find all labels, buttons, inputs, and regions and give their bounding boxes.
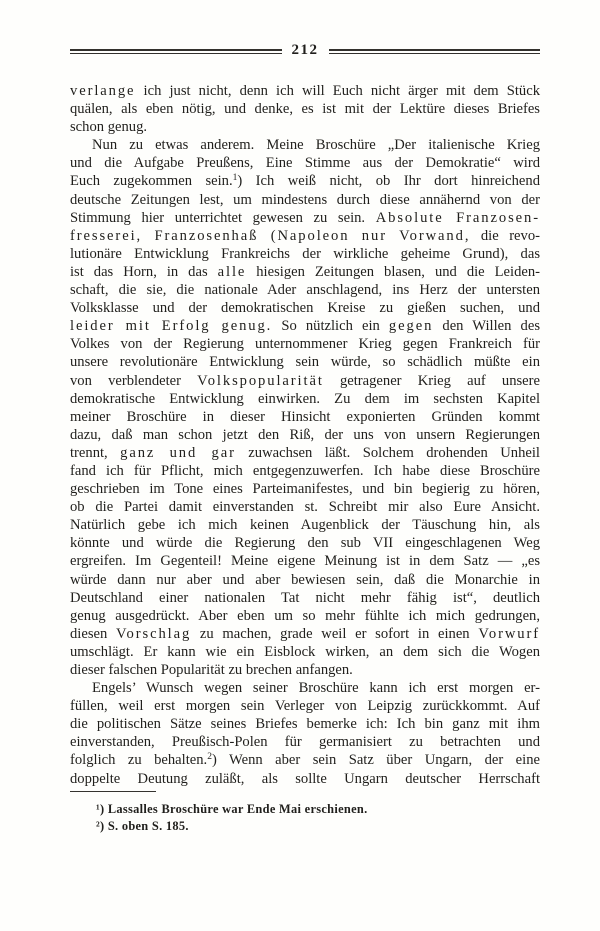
- text-segment: die politischen Sätze seines Briefes bem…: [70, 716, 540, 732]
- text-segment: Euch zugekommen sein.1) Ich weiß nicht, …: [70, 173, 540, 189]
- letterspaced-emphasis: leider mit Erfolg genug.: [70, 318, 272, 334]
- text-segment: zuwachsen läßt. Solchem drohenden Unheil: [236, 445, 540, 461]
- text-segment: lutionäre Entwicklung Frankreichs der wi…: [70, 246, 540, 262]
- letterspaced-emphasis: ganz und gar: [120, 445, 236, 461]
- text-line: umschlägt. Er kann wie ein Eisblock wirk…: [70, 643, 540, 661]
- text-segment: folglich zu behalten.2) Wenn aber sein S…: [70, 752, 540, 768]
- text-line: dazu, daß man schon jetzt den Riß, der u…: [70, 426, 540, 444]
- text-segment: genug ausgedrückt. Aber eben um so mehr …: [70, 608, 540, 624]
- text-line: ergreifen. Im Gegenteil! Meine eigene Me…: [70, 552, 540, 570]
- text-line: und die Aufgabe Preußens, Eine Stimme au…: [70, 154, 540, 172]
- text-line: fresserei, Franzosenhaß (Napoleon nur Vo…: [70, 227, 540, 245]
- letterspaced-emphasis: verlange: [70, 83, 135, 99]
- text-line: schaft, die sie, die nationale Ader ansc…: [70, 281, 540, 299]
- text-line: geschrieben im Tone eines Parteimanifest…: [70, 480, 540, 498]
- text-segment: Volkes von der Regierung unternommener K…: [70, 336, 540, 352]
- text-line: deutsche Zeitungen lest, um mindestens d…: [70, 191, 540, 209]
- text-segment: ob die Partei damit einverstanden st. Sc…: [70, 499, 540, 515]
- text-segment: und die Aufgabe Preußens, Eine Stimme au…: [70, 155, 540, 171]
- text-line: ist das Horn, in das alle hiesigen Zeitu…: [70, 263, 540, 281]
- text-segment: würde dann nur aber und aber bewiesen se…: [70, 572, 540, 588]
- text-segment: dazu, daß man schon jetzt den Riß, der u…: [70, 427, 540, 443]
- footnote-rule: [70, 791, 156, 792]
- running-head: 212: [70, 44, 540, 59]
- text-segment: ich just nicht, denn ich will Euch nicht…: [135, 83, 540, 99]
- text-line: lutionäre Entwicklung Frankreichs der wi…: [70, 245, 540, 263]
- text-segment: Stimmung hier unterrichtet gewesen zu se…: [70, 210, 376, 226]
- text-line: genug ausgedrückt. Aber eben um so mehr …: [70, 607, 540, 625]
- text-segment: fand ich für Pflicht, mich entgegenzuwer…: [70, 463, 540, 479]
- footnote-block: ¹) Lassalles Broschüre war Ende Mai ersc…: [70, 791, 540, 835]
- text-segment: hiesigen Zeitungen blasen, und die Leide…: [246, 264, 540, 280]
- text-line: dieser falschen Popularität zu brechen a…: [70, 661, 540, 679]
- text-line: Volkes von der Regierung unternommener K…: [70, 335, 540, 353]
- text-segment: Nun zu etwas anderem. Meine Broschüre „D…: [92, 137, 540, 153]
- page-number: 212: [282, 43, 329, 58]
- text-line: füllen, weil erst morgen sein Verleger v…: [70, 697, 540, 715]
- footnote-1: ¹) Lassalles Broschüre war Ende Mai ersc…: [70, 801, 540, 818]
- text-line: quälen, als eben nötig, und denke, es is…: [70, 100, 540, 118]
- letterspaced-emphasis: gegen: [389, 318, 433, 334]
- text-segment: könnte und würde die Regierung den sub V…: [70, 535, 540, 551]
- text-line: meiner Broschüre in dieser Hinsicht expo…: [70, 408, 540, 426]
- text-line: Stimmung hier unterrichtet gewesen zu se…: [70, 209, 540, 227]
- letterspaced-emphasis: fresserei, Franzosenhaß (Napoleon nur Vo…: [70, 228, 470, 244]
- footnote-marker: 1: [233, 173, 238, 183]
- text-line: trennt, ganz und gar zuwachsen läßt. Sol…: [70, 444, 540, 462]
- text-line: Natürlich gebe ich mich keinen Augenblic…: [70, 516, 540, 534]
- text-segment: den Willen des: [433, 318, 540, 334]
- text-line: demokratische Entwicklung einwirken. Zu …: [70, 390, 540, 408]
- text-segment: von verblendeter: [70, 373, 197, 389]
- text-line: diesen Vorschlag zu machen, grade weil e…: [70, 625, 540, 643]
- text-segment: demokratische Entwicklung einwirken. Zu …: [70, 391, 540, 407]
- text-segment: füllen, weil erst morgen sein Verleger v…: [70, 698, 540, 714]
- letterspaced-emphasis: Vorschlag: [116, 626, 191, 642]
- text-line: die politischen Sätze seines Briefes bem…: [70, 715, 540, 733]
- text-line: leider mit Erfolg genug. So nützlich ein…: [70, 317, 540, 335]
- text-line: unsere revolutionäre Entwicklung sein wü…: [70, 353, 540, 371]
- text-line: ob die Partei damit einverstanden st. Sc…: [70, 498, 540, 516]
- letterspaced-emphasis: Volkspopularität: [197, 373, 324, 389]
- text-segment: Volksklasse und der demokratischen Kreis…: [70, 300, 540, 316]
- text-segment: So nützlich ein: [272, 318, 389, 334]
- text-line: könnte und würde die Regierung den sub V…: [70, 534, 540, 552]
- footnote-2: ²) S. oben S. 185.: [70, 818, 540, 835]
- footnote-marker: 2: [207, 752, 212, 762]
- text-line: von verblendeter Volkspopularität getrag…: [70, 372, 540, 390]
- text-segment: deutsche Zeitungen lest, um mindestens d…: [70, 192, 540, 208]
- text-segment: zu machen, grade weil er sofort in einen: [191, 626, 478, 642]
- text-line: würde dann nur aber und aber bewiesen se…: [70, 571, 540, 589]
- page-body: verlange ich just nicht, denn ich will E…: [70, 82, 540, 788]
- letterspaced-emphasis: Absolute Franzosen-: [376, 210, 540, 226]
- text-segment: Engels’ Wunsch wegen seiner Broschüre ka…: [92, 680, 540, 696]
- text-segment: dieser falschen Popularität zu brechen a…: [70, 662, 353, 678]
- text-line: Deutschland einer nationalen Tat nicht m…: [70, 589, 540, 607]
- text-line: doppelte Deutung zuläßt, als sollte Unga…: [70, 770, 540, 788]
- header-rule-right: [329, 49, 541, 54]
- text-segment: Natürlich gebe ich mich keinen Augenblic…: [70, 517, 540, 533]
- text-segment: die revo-: [470, 228, 540, 244]
- text-segment: umschlägt. Er kann wie ein Eisblock wirk…: [70, 644, 540, 660]
- text-segment: getragener Krieg auf unsere: [324, 373, 540, 389]
- text-line: einverstanden, Preußisch-Polen für germa…: [70, 733, 540, 751]
- text-segment: schon genug.: [70, 119, 147, 135]
- text-line: schon genug.: [70, 118, 540, 136]
- text-segment: trennt,: [70, 445, 120, 461]
- text-line: Euch zugekommen sein.1) Ich weiß nicht, …: [70, 172, 540, 190]
- text-line: folglich zu behalten.2) Wenn aber sein S…: [70, 751, 540, 769]
- text-segment: diesen: [70, 626, 116, 642]
- text-segment: geschrieben im Tone eines Parteimanifest…: [70, 481, 540, 497]
- text-line: Nun zu etwas anderem. Meine Broschüre „D…: [70, 136, 540, 154]
- text-segment: Deutschland einer nationalen Tat nicht m…: [70, 590, 540, 606]
- letterspaced-emphasis: alle: [218, 264, 247, 280]
- text-segment: schaft, die sie, die nationale Ader ansc…: [70, 282, 540, 298]
- text-segment: quälen, als eben nötig, und denke, es is…: [70, 101, 540, 117]
- text-segment: doppelte Deutung zuläßt, als sollte Unga…: [70, 771, 540, 787]
- text-line: verlange ich just nicht, denn ich will E…: [70, 82, 540, 100]
- text-segment: meiner Broschüre in dieser Hinsicht expo…: [70, 409, 540, 425]
- book-page: 212 verlange ich just nicht, denn ich wi…: [0, 0, 600, 931]
- text-line: fand ich für Pflicht, mich entgegenzuwer…: [70, 462, 540, 480]
- text-segment: ergreifen. Im Gegenteil! Meine eigene Me…: [70, 553, 540, 569]
- text-line: Volksklasse und der demokratischen Kreis…: [70, 299, 540, 317]
- text-segment: ist das Horn, in das: [70, 264, 218, 280]
- text-segment: einverstanden, Preußisch-Polen für germa…: [70, 734, 540, 750]
- text-segment: unsere revolutionäre Entwicklung sein wü…: [70, 354, 540, 370]
- text-line: Engels’ Wunsch wegen seiner Broschüre ka…: [70, 679, 540, 697]
- letterspaced-emphasis: Vorwurf: [478, 626, 540, 642]
- header-rule-left: [70, 49, 282, 54]
